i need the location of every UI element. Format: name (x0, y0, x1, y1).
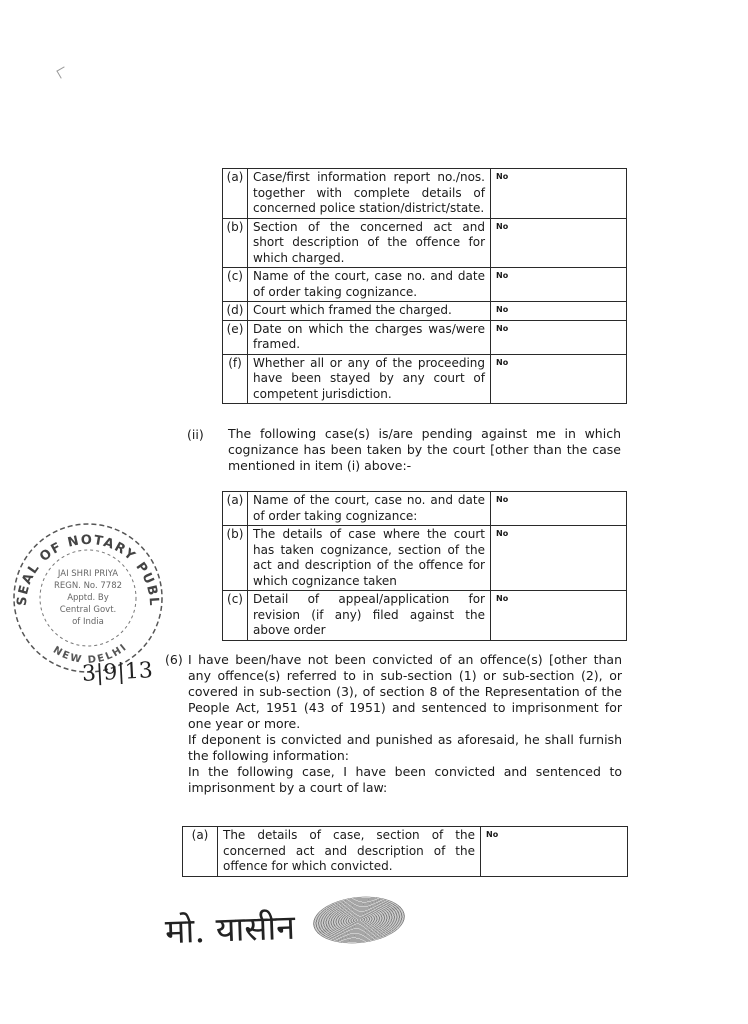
row-answer: No (491, 591, 627, 641)
row-label: (c) (223, 591, 248, 641)
table-row: (a)Case/first information report no./nos… (223, 169, 627, 219)
row-description: Case/first information report no./nos. t… (248, 169, 491, 219)
row-label: (e) (223, 320, 248, 354)
row-description: Name of the court, case no. and date of … (248, 268, 491, 302)
row-description: Date on which the charges was/were frame… (248, 320, 491, 354)
row-answer: No (491, 268, 627, 302)
stamp-line: JAI SHRI PRIYA (57, 569, 118, 579)
section-ii-text: The following case(s) is/are pending aga… (228, 426, 621, 474)
section-6-number: (6) (165, 652, 183, 668)
row-answer: No (491, 320, 627, 354)
table-row: (b)Section of the concerned act and shor… (223, 218, 627, 268)
row-label: (a) (223, 492, 248, 526)
stamp-line: Central Govt. (60, 605, 117, 615)
table-row: (a)Name of the court, case no. and date … (223, 492, 627, 526)
section-6-paragraph: I have been/have not been convicted of a… (188, 652, 622, 732)
row-description: The details of case where the court has … (248, 526, 491, 591)
table-row: (f)Whether all or any of the proceeding … (223, 354, 627, 404)
row-label: (f) (223, 354, 248, 404)
row-answer: No (491, 218, 627, 268)
row-label: (d) (223, 302, 248, 321)
row-label: (b) (223, 526, 248, 591)
row-answer: No (491, 492, 627, 526)
notary-seal-stamp: SEAL OF NOTARY PUBLIC NEW DELHI JAI SHRI… (8, 518, 168, 678)
table-row: (a)The details of case, section of the c… (183, 827, 628, 877)
row-label: (b) (223, 218, 248, 268)
stamp-line: Apptd. By (67, 593, 109, 603)
table-cognizance-cases: (a)Name of the court, case no. and date … (222, 491, 627, 641)
row-label: (c) (223, 268, 248, 302)
thumbprint (311, 892, 407, 947)
table-row: (c)Detail of appeal/application for revi… (223, 591, 627, 641)
table-row: (b)The details of case where the court h… (223, 526, 627, 591)
row-answer: No (481, 827, 628, 877)
section-6-paragraph: In the following case, I have been convi… (188, 764, 622, 796)
table-convictions: (a)The details of case, section of the c… (182, 826, 628, 877)
section-6-paragraph: If deponent is convicted and punished as… (188, 732, 622, 764)
row-answer: No (491, 169, 627, 219)
row-description: Name of the court, case no. and date of … (248, 492, 491, 526)
table-row: (c)Name of the court, case no. and date … (223, 268, 627, 302)
signature: मो. यासीन (164, 903, 295, 954)
stamp-line: REGN. No. 7782 (54, 581, 122, 591)
row-label: (a) (183, 827, 218, 877)
row-answer: No (491, 354, 627, 404)
row-label: (a) (223, 169, 248, 219)
row-answer: No (491, 302, 627, 321)
table-row: (e)Date on which the charges was/were fr… (223, 320, 627, 354)
section-6-text: I have been/have not been convicted of a… (188, 652, 622, 796)
section-ii-number: (ii) (187, 427, 204, 443)
handwritten-date: 3|9|13 (81, 658, 153, 687)
row-answer: No (491, 526, 627, 591)
table-row: (d)Court which framed the charged.No (223, 302, 627, 321)
table-pending-charges: (a)Case/first information report no./nos… (222, 168, 627, 404)
row-description: The details of case, section of the conc… (218, 827, 481, 877)
stamp-line: of India (72, 617, 104, 627)
row-description: Section of the concerned act and short d… (248, 218, 491, 268)
row-description: Detail of appeal/application for revisio… (248, 591, 491, 641)
row-description: Whether all or any of the proceeding hav… (248, 354, 491, 404)
scan-mark (56, 66, 68, 78)
row-description: Court which framed the charged. (248, 302, 491, 321)
